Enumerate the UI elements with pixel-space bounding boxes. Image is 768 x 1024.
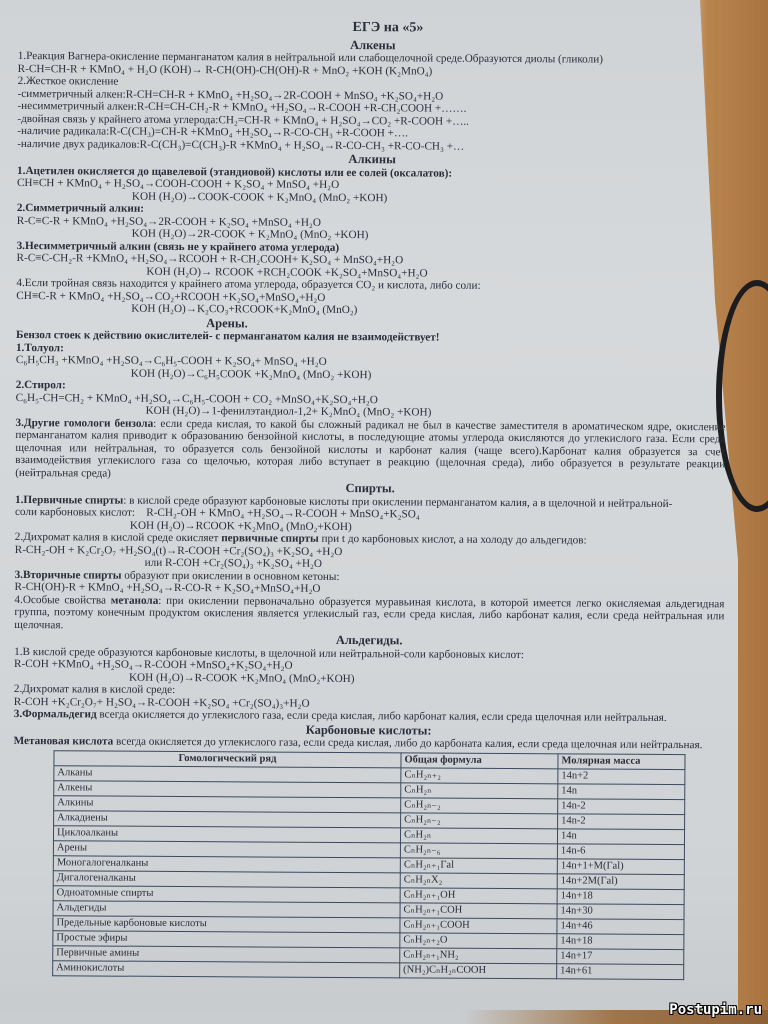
molar-mass-cell: 14n-2 bbox=[558, 798, 685, 814]
molar-mass-cell: 14n bbox=[558, 783, 685, 799]
formula-cell: CₙH₂ₙ₊₁NH₂ bbox=[400, 947, 557, 963]
watermark: Postupim.ru bbox=[669, 1002, 762, 1018]
formula-cell: CₙH₂ₙ bbox=[400, 827, 557, 843]
desk-surface bbox=[0, 1010, 768, 1024]
molar-mass-cell: 14n+17 bbox=[557, 948, 684, 964]
molar-mass-cell: 14n+30 bbox=[557, 903, 684, 919]
series-name-cell: Аминокислоты bbox=[53, 960, 400, 977]
text: при t до карбоновых кислот, а на холоду … bbox=[319, 533, 587, 547]
text: 4.Особые свойства bbox=[14, 593, 110, 606]
paragraph: 3.Другие гомологи бензола: если среда ки… bbox=[15, 416, 725, 483]
formula-cell: CₙH₂ₙ₊₁Гal bbox=[400, 857, 557, 873]
bold-term: 3.Формальдегид bbox=[14, 708, 97, 721]
formula-cell: CₙH₂ₙ₊₂ bbox=[401, 767, 558, 783]
text: 2.Дихромат калия в кислой среде окисляет bbox=[15, 531, 221, 544]
molar-mass-cell: 14n+1+M(Гal) bbox=[557, 858, 684, 874]
table-row: Аминокислоты(NH₂)CₙH₂ₙCOOH14n+61 bbox=[53, 960, 684, 979]
formula-cell: CₙH₂ₙ₋₂ bbox=[401, 812, 558, 828]
molar-mass-cell: 14n+18 bbox=[557, 888, 684, 904]
bold-term: 1.Первичные спирты bbox=[15, 493, 123, 506]
bold-term: Метановая кислота bbox=[14, 735, 114, 748]
formula-cell: CₙH₂ₙ₊₁COOH bbox=[400, 917, 557, 933]
document-title: ЕГЭ на «5» bbox=[18, 20, 728, 37]
text: образуют при окислении в основном кетоны… bbox=[121, 569, 339, 582]
text: соли карбоновых кислот: bbox=[15, 506, 135, 519]
formula-cell: CₙH₂ₙ₊₁OH bbox=[400, 887, 557, 903]
column-header: Молярная масса bbox=[558, 753, 685, 769]
formula-cell: CₙH₂ₙ₊₂O bbox=[400, 932, 557, 948]
homologous-series-table: Гомологический ряд Общая формула Молярна… bbox=[52, 750, 685, 980]
column-header: Общая формула bbox=[401, 752, 558, 768]
formula-cell: CₙH₂ₙ bbox=[401, 782, 558, 798]
molar-mass-cell: 14n-6 bbox=[557, 843, 684, 859]
bold-term: первичные спирты bbox=[221, 532, 319, 545]
molar-mass-cell: 14n-2 bbox=[558, 813, 685, 829]
formula-cell: CₙH₂ₙX₂ bbox=[400, 872, 557, 888]
molar-mass-cell: 14n+61 bbox=[557, 963, 684, 979]
bold-term: 3.Вторичные спирты bbox=[15, 568, 122, 581]
molar-mass-cell: 14n bbox=[557, 828, 684, 844]
formula-cell: (NH₂)CₙH₂ₙCOOH bbox=[400, 962, 557, 978]
bold-term: метанола bbox=[111, 594, 159, 606]
formula-cell: CₙH₂ₙ₊₁COH bbox=[400, 902, 557, 918]
molar-mass-cell: 14n+46 bbox=[557, 918, 684, 934]
paragraph: 4.Особые свойства метанола: при окислени… bbox=[14, 593, 724, 635]
formula-cell: CₙH₂ₙ₋₆ bbox=[400, 842, 557, 858]
text: всегда окисляется до углекислого газа, е… bbox=[113, 736, 702, 752]
molar-mass-cell: 14n+2 bbox=[558, 768, 685, 784]
formula-cell: CₙH₂ₙ₋₂ bbox=[401, 797, 558, 813]
equation-text: R-CH₂-OH + KMnO₄ +H₂SO₄→R-COOH + MnSO₄+K… bbox=[146, 507, 420, 521]
bold-term: 3.Другие гомологи бензола bbox=[15, 416, 153, 429]
molar-mass-cell: 14n+18 bbox=[557, 933, 684, 949]
document-content: ЕГЭ на «5» Алкены 1.Реакция Вагнера-окис… bbox=[12, 18, 728, 980]
molar-mass-cell: 14n+2M(Гal) bbox=[557, 873, 684, 889]
